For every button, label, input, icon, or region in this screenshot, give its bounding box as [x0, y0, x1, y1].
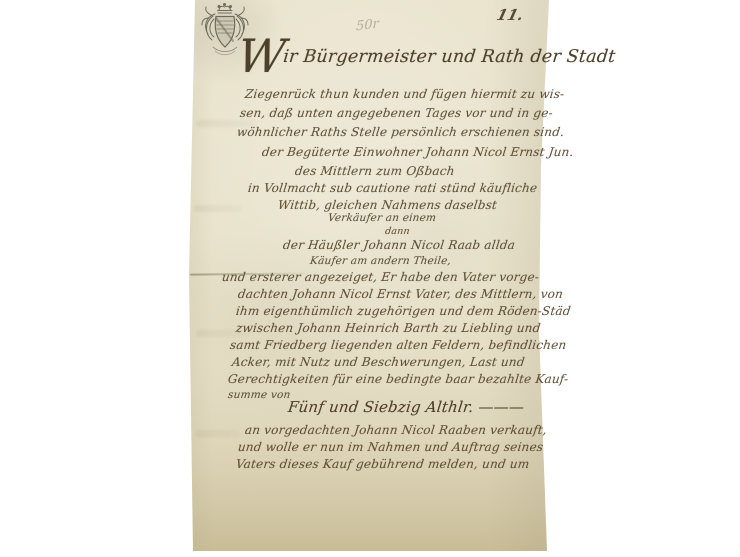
show-through-smudge	[195, 430, 240, 437]
manuscript-line: summe von	[227, 390, 291, 401]
manuscript-line: der Häußler Johann Nicol Raab allda	[282, 239, 516, 251]
manuscript-line: des Mittlern zum Oßbach	[294, 165, 455, 177]
heading-initial: W	[235, 29, 286, 83]
manuscript-line: Ziegenrück thun kunden und fügen hiermit…	[244, 88, 565, 100]
page-number: 11.	[495, 6, 526, 24]
manuscript-line: wöhnlicher Raths Stelle persönlich ersch…	[236, 126, 565, 138]
pencil-note: 50r	[356, 17, 379, 35]
manuscript-line: der Begüterte Einwohner Johann Nicol Ern…	[261, 146, 574, 158]
manuscript-line: an vorgedachten Johann Nicol Raaben verk…	[244, 424, 547, 436]
manuscript-line: Käufer am andern Theile,	[309, 256, 451, 267]
manuscript-line: zwischen Johann Heinrich Barth zu Liebli…	[235, 322, 541, 334]
show-through-smudge	[194, 205, 242, 212]
heading-text: ir Bürgermeister und Rath der Stadt	[282, 47, 616, 67]
manuscript-line: in Vollmacht sub cautione rati stünd käu…	[247, 182, 538, 194]
manuscript-line: ihm eigenthümlich zugehörigen und dem Rö…	[235, 305, 571, 317]
manuscript-line: Wittib, gleichen Nahmens daselbst	[277, 199, 498, 211]
manuscript-line: Verkäufer an einem	[327, 213, 436, 224]
manuscript-line: Acker, mit Nutz und Beschwerungen, Last …	[231, 356, 525, 368]
manuscript-line: Vaters dieses Kauf gebührend melden, und…	[235, 458, 530, 470]
manuscript-line: dann	[384, 227, 410, 237]
document-photo: 50r 11. Wir Bürgermeister und Rath der S…	[0, 0, 740, 557]
heading-line: Wir Bürgermeister und Rath der Stadt	[236, 36, 618, 77]
manuscript-line: und ersterer angezeiget, Er habe den Vat…	[221, 271, 540, 283]
manuscript-line: sen, daß unten angegebenen Tages vor und…	[239, 107, 553, 119]
manuscript-line: samt Friedberg liegenden alten Feldern, …	[229, 339, 567, 351]
manuscript-line: und wolle er nun im Nahmen und Auftrag s…	[237, 441, 544, 453]
manuscript-line: Fünf und Siebzig Althlr. ———	[287, 400, 525, 415]
manuscript-line: dachten Johann Nicol Ernst Vater, des Mi…	[237, 288, 564, 300]
manuscript-line: Gerechtigkeiten für eine bedingte baar b…	[227, 373, 569, 385]
